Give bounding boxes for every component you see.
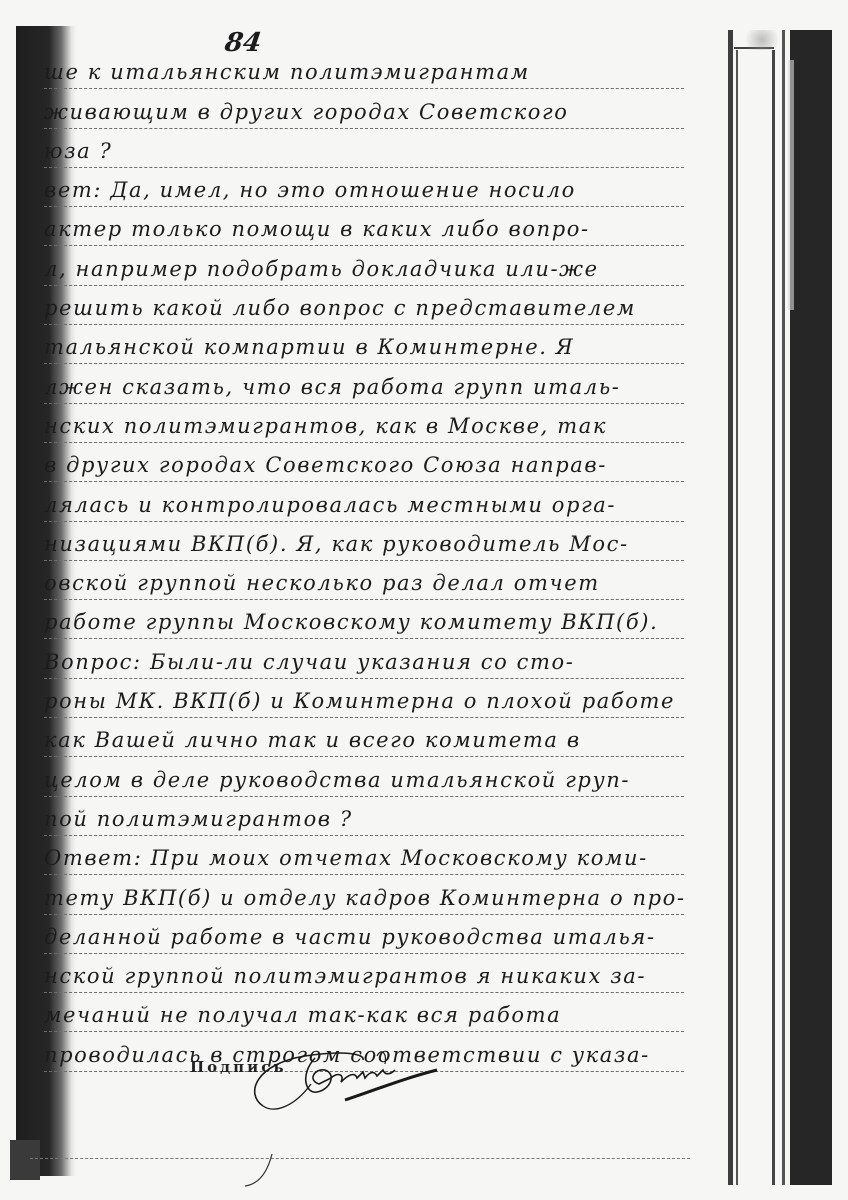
stray-mark-icon [240, 1150, 300, 1190]
bottom-rule [30, 1158, 690, 1159]
binding-rule [728, 30, 733, 1185]
text-line: лжен сказать, что вся работа групп италь… [44, 364, 684, 403]
text-line-content: ше к итальянским политэмигрантам [44, 60, 530, 84]
text-line: нской группой политэмигрантов я никаких … [44, 954, 684, 993]
text-line: пой политэмигрантов ? [44, 797, 684, 836]
text-line: ше к итальянским политэмигрантам [44, 50, 684, 89]
scanned-page: 84 ше к итальянским политэмигрантамживаю… [0, 0, 848, 1200]
text-line-content: Вопрос: Были-ли случаи указания со сто- [44, 650, 574, 674]
text-line-content: лялась и контролировалась местными орга- [44, 493, 616, 517]
text-line: актер только помощи в каких либо вопро- [44, 207, 684, 246]
text-line: Вопрос: Были-ли случаи указания со сто- [44, 639, 684, 678]
text-line-content: вет: Да, имел, но это отношение носило [44, 178, 576, 202]
scan-noise [740, 30, 784, 50]
text-line-content: решить какой либо вопрос с представителе… [44, 296, 636, 320]
text-line: овской группой несколько раз делал отчет [44, 561, 684, 600]
text-line-content: мечаний не получал так-как вся работа [44, 1003, 561, 1027]
text-line: нских политэмигрантов, как в Москве, так [44, 404, 684, 443]
text-line-content: нской группой политэмигрантов я никаких … [44, 964, 646, 988]
text-line-content: как Вашей лично так и всего комитета в [44, 728, 581, 752]
text-line: как Вашей лично так и всего комитета в [44, 718, 684, 757]
text-line: живающим в других городах Советского [44, 89, 684, 128]
text-line-content: пой политэмигрантов ? [44, 807, 353, 831]
text-line-content: роны МК. ВКП(б) и Коминтерна о плохой ра… [44, 689, 675, 713]
text-line: роны МК. ВКП(б) и Коминтерна о плохой ра… [44, 679, 684, 718]
text-line-content: л, например подобрать докладчика или-же [44, 257, 599, 281]
text-line: Ответ: При моих отчетах Московскому коми… [44, 836, 684, 875]
signature-icon [245, 1044, 445, 1124]
text-line-content: живающим в других городах Советского [44, 100, 569, 124]
text-line: работе группы Московскому комитету ВКП(б… [44, 600, 684, 639]
text-line-content: в других городах Советского Союза направ… [44, 453, 607, 477]
binding-rule [736, 50, 738, 1185]
text-line-content: деланной работе в части руководства итал… [44, 925, 656, 949]
left-binding-corner [10, 1140, 40, 1180]
text-line-content: актер только помощи в каких либо вопро- [44, 217, 590, 241]
text-line: низациями ВКП(б). Я, как руководитель Мо… [44, 522, 684, 561]
right-binding-edge [726, 30, 832, 1185]
text-line-content: лжен сказать, что вся работа групп италь… [44, 375, 620, 399]
text-line: мечаний не получал так-как вся работа [44, 993, 684, 1032]
text-line: юза ? [44, 129, 684, 168]
text-line: тальянской компартии в Коминтерне. Я [44, 325, 684, 364]
text-line-content: юза ? [44, 139, 112, 163]
text-line-content: тету ВКП(б) и отделу кадров Коминтерна о… [44, 886, 686, 910]
text-line-content: работе группы Московскому комитету ВКП(б… [44, 610, 658, 634]
signature-block: Подпись [190, 1058, 490, 1128]
text-line-content: целом в деле руководства итальянской гру… [44, 768, 630, 792]
text-line: вет: Да, имел, но это отношение носило [44, 168, 684, 207]
binding-rule [772, 50, 775, 1185]
text-line: в других городах Советского Союза направ… [44, 443, 684, 482]
text-line: решить какой либо вопрос с представителе… [44, 286, 684, 325]
text-line: л, например подобрать докладчика или-же [44, 246, 684, 285]
text-line-content: нских политэмигрантов, как в Москве, так [44, 414, 607, 438]
binding-dark-strip [790, 30, 832, 1185]
text-line-content: овской группой несколько раз делал отчет [44, 571, 600, 595]
handwritten-text-body: ше к итальянским политэмигрантамживающим… [44, 50, 684, 1072]
binding-rule [782, 30, 785, 1185]
text-line-content: Ответ: При моих отчетах Московскому коми… [44, 846, 648, 870]
text-line: лялась и контролировалась местными орга- [44, 482, 684, 521]
text-line: тету ВКП(б) и отделу кадров Коминтерна о… [44, 875, 684, 914]
text-line: целом в деле руководства итальянской гру… [44, 757, 684, 796]
binding-highlight [788, 60, 794, 310]
text-line-content: тальянской компартии в Коминтерне. Я [44, 335, 574, 359]
text-line-content: низациями ВКП(б). Я, как руководитель Мо… [44, 532, 629, 556]
text-line: деланной работе в части руководства итал… [44, 915, 684, 954]
